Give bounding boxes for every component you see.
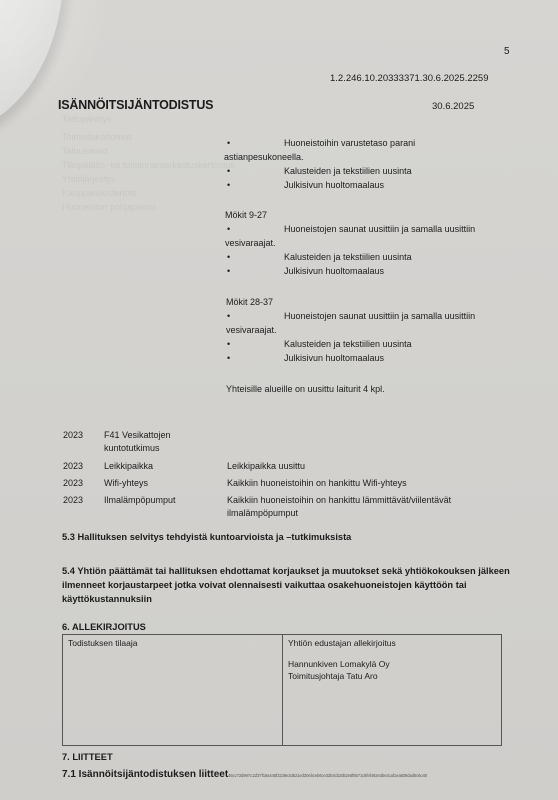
- section-5-4-heading: käyttökustannuksiin: [62, 594, 152, 604]
- history-desc: Leikkipaikka uusittu: [227, 461, 305, 471]
- ghost-text: Kaupparekisteriote: [62, 188, 137, 198]
- bullet: •: [227, 311, 230, 321]
- ghost-text: Toimintakertomus: [62, 132, 133, 142]
- section-5-3-heading: 5.3 Hallituksen selvitys tehdyistä kunto…: [62, 532, 351, 542]
- ghost-text: Talousarvio: [62, 146, 108, 156]
- document-id: 1.2.246.10.20333371.30.6.2025.2259: [330, 73, 489, 84]
- ghost-text: Huoneiston pohjapiirros: [62, 202, 157, 212]
- common-areas-note: Yhteisille alueille on uusittu laiturit …: [226, 384, 385, 394]
- history-desc: Kaikkiin huoneistoihin on hankittu Wifi-…: [227, 478, 407, 488]
- history-desc: ilmalämpöpumput: [227, 508, 298, 518]
- list-item-continuation: vesivaraajat.: [225, 238, 276, 248]
- history-item: F41 Vesikattojen: [104, 430, 171, 440]
- section-5-4-heading: ilmenneet korjaustarpeet jotka voivat ol…: [62, 580, 467, 590]
- block-heading: Mökit 9-27: [225, 210, 267, 220]
- history-year: 2023: [63, 478, 83, 488]
- bullet: •: [227, 138, 230, 148]
- list-item: Huoneistojen saunat uusittiin ja samalla…: [284, 224, 475, 234]
- list-item: Kalusteiden ja tekstiilien uusinta: [284, 166, 412, 176]
- list-item-continuation: astianpesukoneella.: [224, 152, 304, 162]
- block-heading: Mökit 28-37: [226, 297, 273, 307]
- page-number: 5: [504, 46, 510, 57]
- bullet: •: [227, 166, 230, 176]
- section-5-4-heading: 5.4 Yhtiön päättämät tai hallituksen ehd…: [62, 566, 510, 576]
- list-item: Kalusteiden ja tekstiilien uusinta: [284, 339, 412, 349]
- list-item: Huoneistoihin varustetaso parani: [284, 138, 415, 148]
- list-item-continuation: vesivaraajat.: [226, 325, 277, 335]
- list-item: Julkisivun huoltomaalaus: [284, 353, 384, 363]
- attachment-hash: 45cc72d997c11f37f16a445f3228e3d521ed30eb…: [228, 773, 427, 778]
- ghost-text: Tilinpäätös- tai toiminnantarkastuskerto…: [62, 160, 235, 170]
- list-item: Kalusteiden ja tekstiilien uusinta: [284, 252, 412, 262]
- history-item: Leikkipaikka: [104, 461, 153, 471]
- company-signature-label: Yhtiön edustajan allekirjoitus: [288, 638, 396, 648]
- history-item: Wifi-yhteys: [104, 478, 148, 488]
- list-item: Julkisivun huoltomaalaus: [284, 266, 384, 276]
- attachments-line: 7.1 Isännöitsijäntodistuksen liitteet 45…: [62, 769, 427, 780]
- history-item: Ilmalämpöpumput: [104, 495, 176, 505]
- list-item: Huoneistojen saunat uusittiin ja samalla…: [284, 311, 475, 321]
- bullet: •: [227, 252, 230, 262]
- document-date: 30.6.2025: [432, 101, 474, 112]
- section-6-heading: 6. ALLEKIRJOITUS: [62, 622, 146, 632]
- bullet: •: [227, 266, 230, 276]
- history-desc: Kaikkiin huoneistoihin on hankittu lämmi…: [227, 495, 451, 505]
- list-item: Julkisivun huoltomaalaus: [284, 180, 384, 190]
- history-year: 2023: [63, 461, 83, 471]
- company-name: Hannunkiven Lomakylä Oy: [288, 659, 390, 669]
- signature-table: Todistuksen tilaaja Yhtiön edustajan all…: [62, 634, 502, 746]
- bullet: •: [227, 180, 230, 190]
- history-year: 2023: [63, 495, 83, 505]
- section-7-heading: 7. LIITTEET: [62, 752, 113, 762]
- history-item: kuntotutkimus: [104, 443, 160, 453]
- history-year: 2023: [63, 430, 83, 440]
- page-title: ISÄNNÖITSIJÄNTODISTUS: [58, 98, 213, 112]
- signature-cell-company: Yhtiön edustajan allekirjoitus Hannunkiv…: [283, 635, 501, 745]
- signer-name: Toimitusjohtaja Tatu Aro: [288, 671, 378, 681]
- ghost-text: Tietopäivitys: [62, 114, 112, 124]
- bullet: •: [227, 224, 230, 234]
- ghost-text: Yhtiöjärjestys: [62, 174, 116, 184]
- section-7-1-heading: 7.1 Isännöitsijäntodistuksen liitteet: [62, 769, 228, 780]
- orderer-label: Todistuksen tilaaja: [68, 638, 137, 648]
- bullet: •: [227, 339, 230, 349]
- bullet: •: [227, 353, 230, 363]
- signature-cell-orderer: Todistuksen tilaaja: [63, 635, 283, 745]
